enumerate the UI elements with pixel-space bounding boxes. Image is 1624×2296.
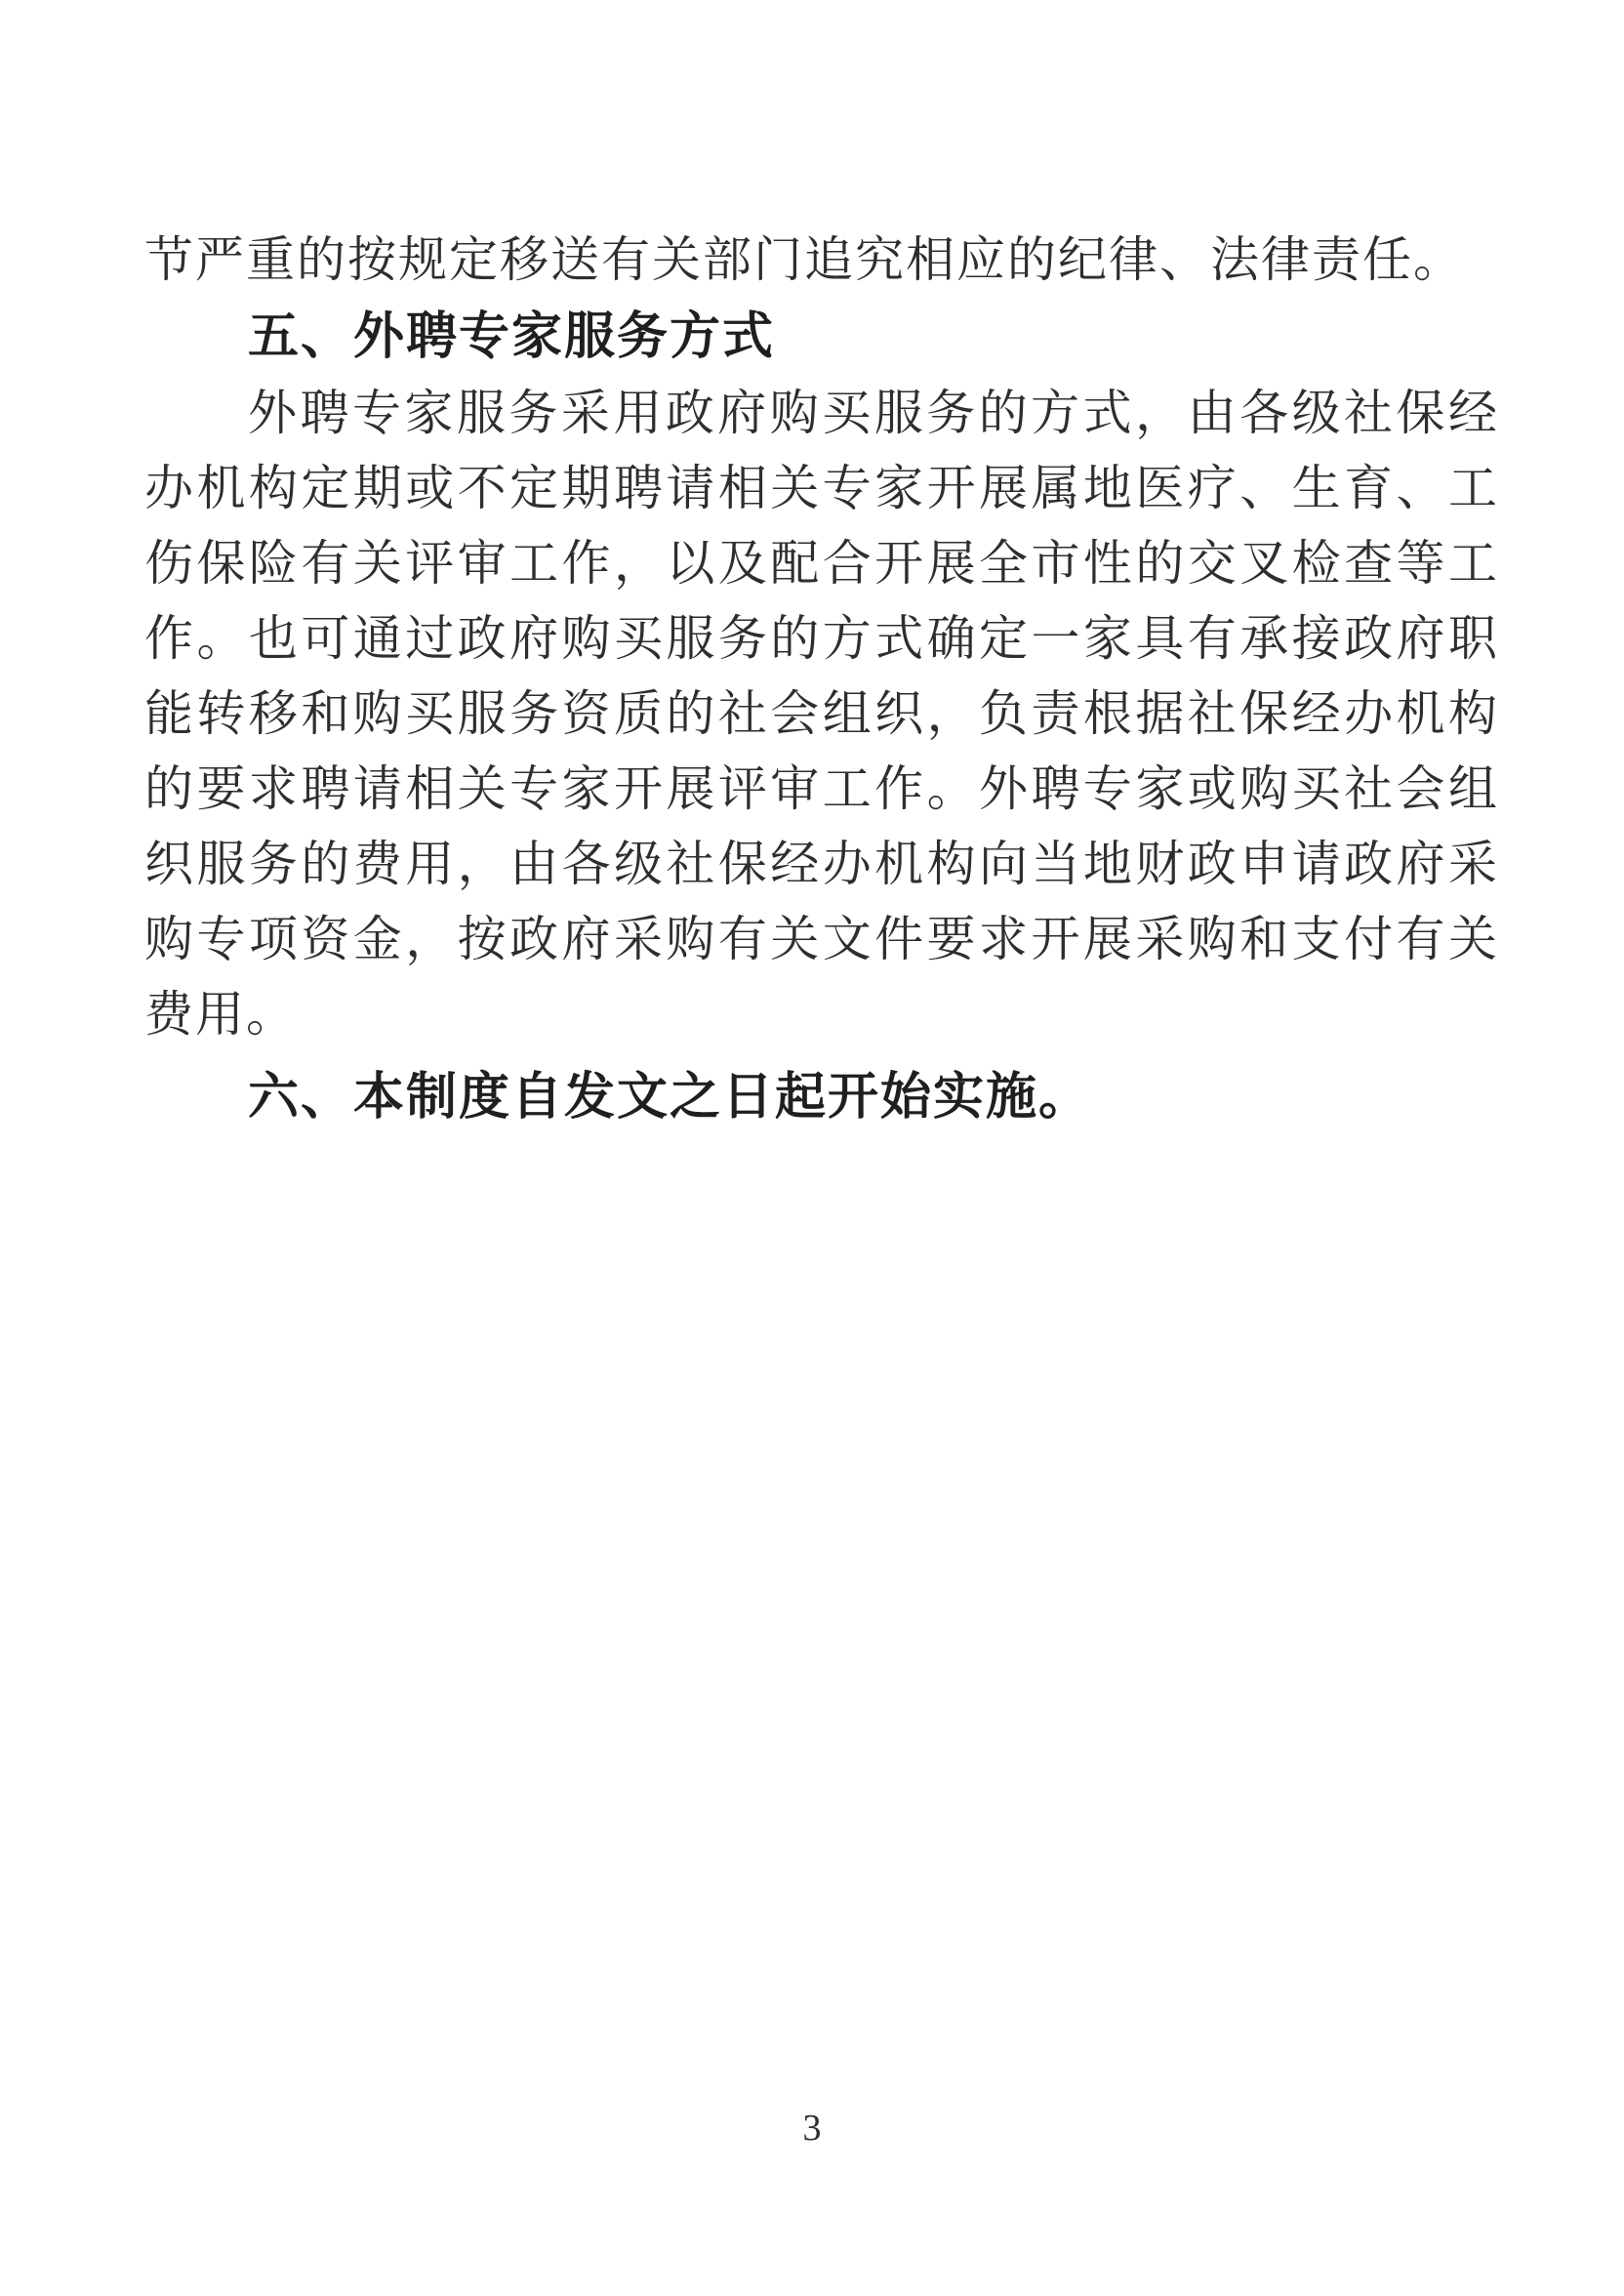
page-number: 3: [0, 2107, 1624, 2150]
scanned-document-page: 节严重的按规定移送有关部门追究相应的纪律、法律责任。 五、外聘专家服务方式 外聘…: [0, 0, 1624, 2296]
section-heading-six: 六、本制度自发文之日起开始实施。: [144, 1058, 1499, 1136]
section-five-paragraph: 外聘专家服务采用政府购买服务的方式，由各级社保经办机构定期或不定期聘请相关专家开…: [144, 376, 1499, 1052]
document-body: 节严重的按规定移送有关部门追究相应的纪律、法律责任。 五、外聘专家服务方式 外聘…: [144, 223, 1499, 1136]
paragraph-continuation: 节严重的按规定移送有关部门追究相应的纪律、法律责任。: [144, 223, 1499, 298]
section-heading-five: 五、外聘专家服务方式: [144, 298, 1499, 376]
